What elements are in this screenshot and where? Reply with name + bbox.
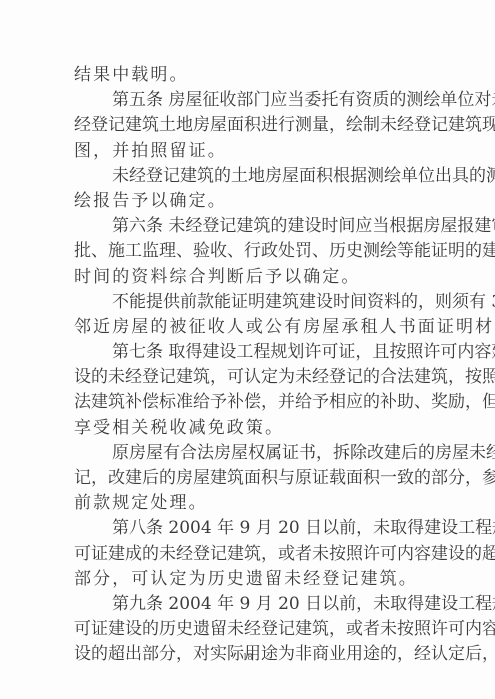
text-line: 图，并拍照留证。	[74, 139, 420, 164]
text-line: 第七条 取得建设工程规划许可证，且按照许可内容建	[74, 340, 420, 365]
text-line: 第八条 2004 年 9 月 20 日以前，未取得建设工程规划许	[74, 516, 420, 541]
text-line: 邻近房屋的被征收人或公有房屋承租人书面证明材料。	[74, 315, 420, 340]
text-line: 法建筑补偿标准给予补偿，并给予相应的补助、奖励，但不	[74, 390, 420, 415]
text-line: 记，改建后的房屋建筑面积与原证载面积一致的部分，参照	[74, 466, 420, 491]
text-line: 不能提供前款能证明建筑建设时间资料的，则须有 3 名	[74, 290, 420, 315]
text-line: 设的未经登记建筑，可认定为未经登记的合法建筑，按照合	[74, 365, 420, 390]
text-line: 部分，可认定为历史遗留未经登记建筑。	[74, 567, 420, 592]
page-number: 18	[0, 652, 495, 663]
text-line: 享受相关税收减免政策。	[74, 416, 420, 441]
text-line: 第六条 未经登记建筑的建设时间应当根据房屋报建审	[74, 214, 420, 239]
text-line: 时间的资料综合判断后予以确定。	[74, 265, 420, 290]
text-line: 经登记建筑土地房屋面积进行测量，绘制未经登记建筑现状	[74, 113, 420, 138]
text-line: 第九条 2004 年 9 月 20 日以前，未取得建设工程规划许	[74, 592, 420, 617]
text-line: 未经登记建筑的土地房屋面积根据测绘单位出具的测	[74, 164, 420, 189]
text-line: 绘报告予以确定。	[74, 189, 420, 214]
body-text: 结果中载明。第五条 房屋征收部门应当委托有资质的测绘单位对未经登记建筑土地房屋面…	[74, 63, 420, 668]
text-line: 结果中载明。	[74, 63, 420, 88]
document-page: 结果中载明。第五条 房屋征收部门应当委托有资质的测绘单位对未经登记建筑土地房屋面…	[0, 0, 495, 699]
text-line: 批、施工监理、验收、行政处罚、历史测绘等能证明的建设	[74, 239, 420, 264]
text-line: 可证建设的历史遗留未经登记建筑，或者未按照许可内容建	[74, 617, 420, 642]
text-line: 可证建成的未经登记建筑，或者未按照许可内容建设的超出	[74, 542, 420, 567]
text-line: 原房屋有合法房屋权属证书，拆除改建后的房屋未经登	[74, 441, 420, 466]
text-line: 前款规定处理。	[74, 491, 420, 516]
text-line: 第五条 房屋征收部门应当委托有资质的测绘单位对未	[74, 88, 420, 113]
